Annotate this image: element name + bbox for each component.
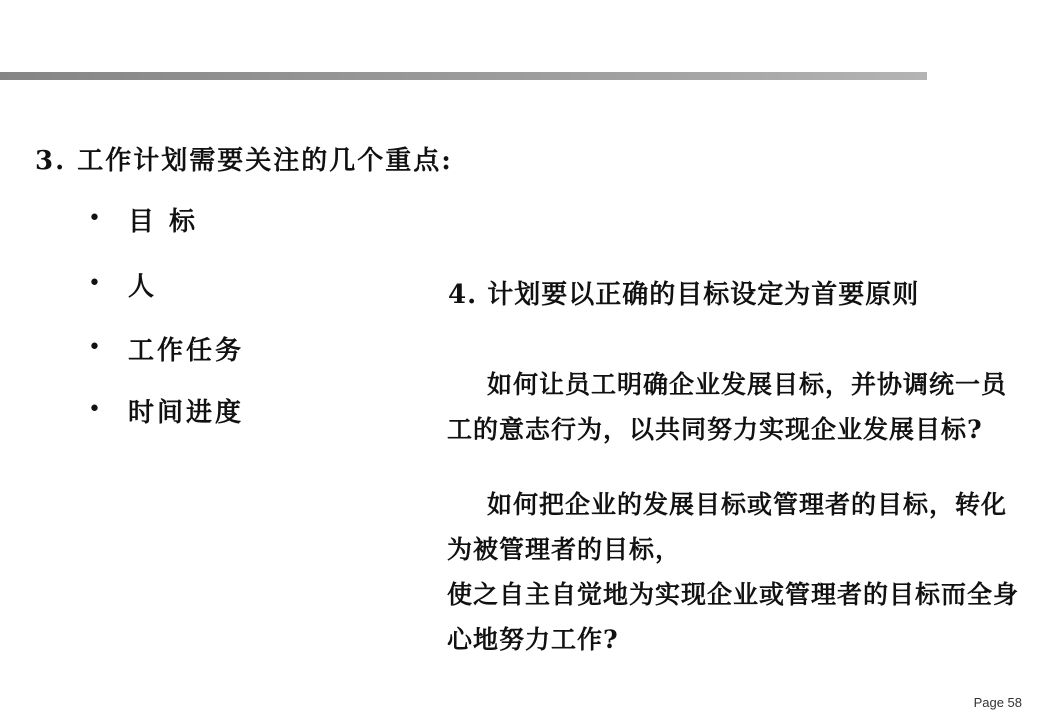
bullet-item-schedule: • 时间进度	[88, 394, 244, 426]
paragraph-2-line-3: 使之自主自觉地为实现企业或管理者的目标而全身	[447, 572, 1022, 617]
bullet-dot-icon: •	[88, 332, 128, 364]
bullet-label: 工作任务	[128, 330, 244, 367]
bullet-dot-icon: •	[88, 268, 128, 300]
bullet-item-goal: • 目 标	[88, 203, 198, 235]
section-3-heading: 3. 工作计划需要关注的几个重点:	[35, 140, 453, 177]
paragraph-1: 如何让员工明确企业发展目标，并协调统一员 工的意志行为，以共同努力实现企业发展目…	[447, 362, 1022, 452]
bullet-label: 目 标	[128, 201, 198, 238]
bullet-item-tasks: • 工作任务	[88, 332, 244, 364]
bullet-item-people: • 人	[88, 268, 157, 300]
bullet-label: 时间进度	[128, 392, 244, 429]
bullet-dot-icon: •	[88, 394, 128, 426]
paragraph-2-line-2: 为被管理者的目标，	[447, 527, 1022, 572]
paragraph-2: 如何把企业的发展目标或管理者的目标，转化 为被管理者的目标， 使之自主自觉地为实…	[447, 482, 1022, 662]
bullet-label: 人	[128, 266, 157, 303]
paragraph-1-line-1: 如何让员工明确企业发展目标，并协调统一员	[447, 362, 1022, 407]
top-divider-bar	[0, 72, 927, 80]
paragraph-1-line-2: 工的意志行为，以共同努力实现企业发展目标?	[447, 407, 1022, 452]
section-4-heading: 4. 计划要以正确的目标设定为首要原则	[448, 274, 919, 311]
paragraph-2-line-1: 如何把企业的发展目标或管理者的目标，转化	[447, 482, 1022, 527]
page-number: Page 58	[974, 695, 1022, 710]
slide-canvas: 3. 工作计划需要关注的几个重点: • 目 标 • 人 • 工作任务 • 时间进…	[0, 0, 1040, 720]
paragraph-2-line-4: 心地努力工作?	[447, 617, 1022, 662]
bullet-dot-icon: •	[88, 203, 128, 235]
